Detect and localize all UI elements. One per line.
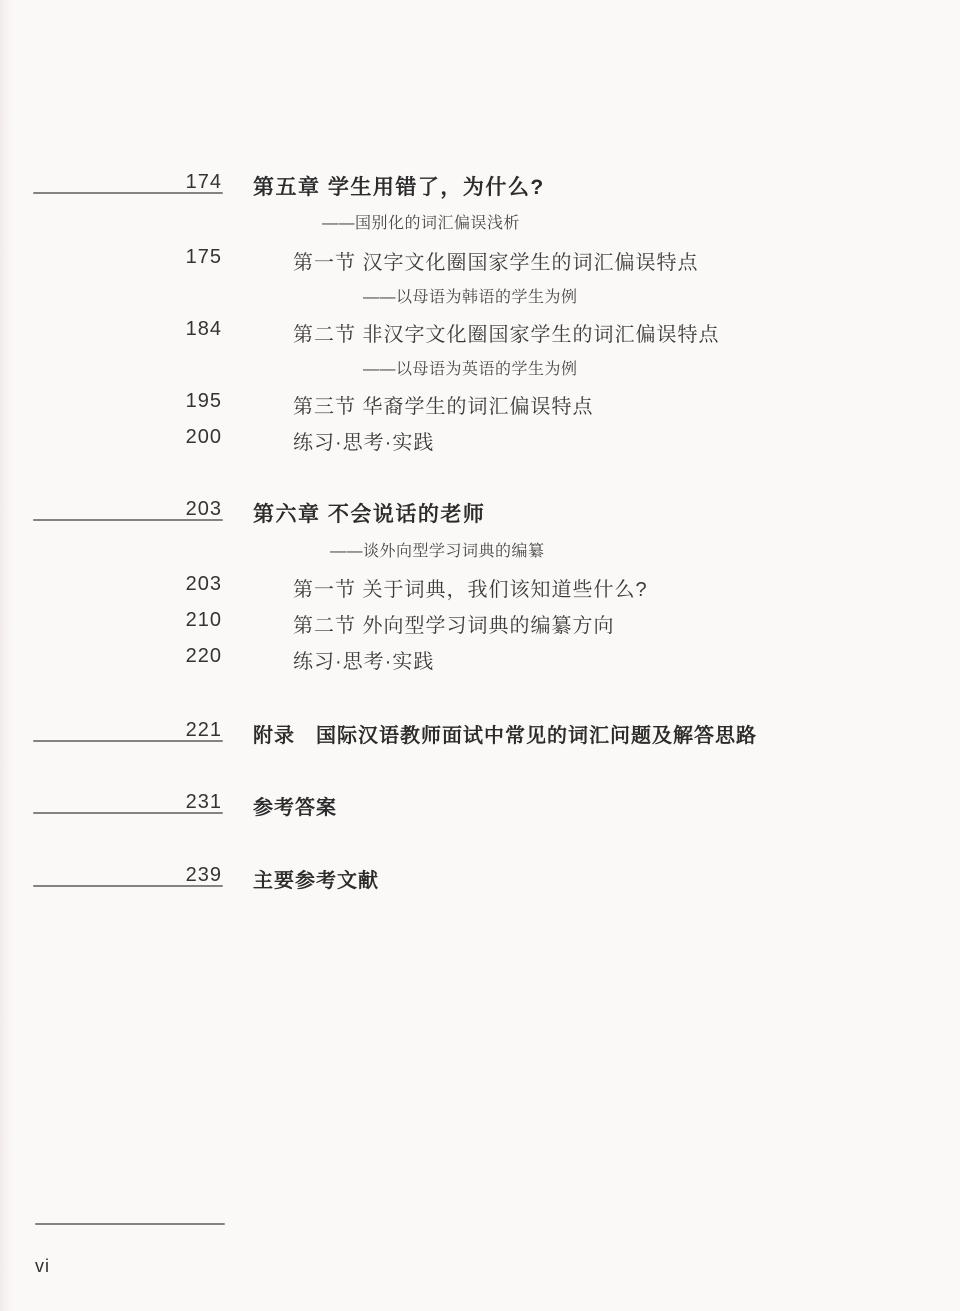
section-subtitle: ——以母语为英语的学生为例 xyxy=(363,356,578,379)
folio-page-number: vi xyxy=(35,1256,50,1277)
divider-line xyxy=(33,519,223,521)
page-number: 200 xyxy=(130,426,222,449)
page-number: 221 xyxy=(130,719,222,742)
page-number: 195 xyxy=(130,390,222,413)
divider-line xyxy=(33,192,223,194)
section-subtitle: ——以母语为韩语的学生为例 xyxy=(363,284,578,307)
section-title: 第一节 汉字文化圈国家学生的词汇偏误特点 xyxy=(293,246,699,275)
chapter-title: 第五章 学生用错了，为什么? xyxy=(253,171,545,201)
page-number: 220 xyxy=(130,645,222,668)
chapter-title: 第六章 不会说话的老师 xyxy=(253,498,485,528)
divider-line xyxy=(33,885,223,887)
appendix-title: 附录 国际汉语教师面试中常见的词汇问题及解答思路 xyxy=(253,719,757,748)
section-title: 第二节 非汉字文化圈国家学生的词汇偏误特点 xyxy=(293,318,720,347)
book-toc-page: 174 第五章 学生用错了，为什么? ——国别化的词汇偏误浅析 175 第一节 … xyxy=(0,0,960,1311)
divider-line xyxy=(33,740,223,742)
page-number: 210 xyxy=(130,609,222,632)
page-number: 203 xyxy=(130,573,222,596)
page-number: 175 xyxy=(130,246,222,269)
page-number: 174 xyxy=(130,171,222,194)
references-title: 主要参考文献 xyxy=(253,864,379,893)
divider-line xyxy=(33,812,223,814)
section-title: 第一节 关于词典，我们该知道些什么? xyxy=(293,573,648,602)
section-title: 练习·思考·实践 xyxy=(293,426,434,455)
page-number: 231 xyxy=(130,791,222,814)
page-number: 184 xyxy=(130,318,222,341)
answers-title: 参考答案 xyxy=(253,791,337,820)
page-number: 203 xyxy=(130,498,222,521)
footer-divider-line xyxy=(35,1223,225,1225)
section-title: 第三节 华裔学生的词汇偏误特点 xyxy=(293,390,594,419)
section-title: 第二节 外向型学习词典的编纂方向 xyxy=(293,609,615,638)
page-number: 239 xyxy=(130,864,222,887)
chapter-subtitle: ——国别化的词汇偏误浅析 xyxy=(322,210,520,233)
chapter-subtitle: ——谈外向型学习词典的编纂 xyxy=(330,538,545,561)
section-title: 练习·思考·实践 xyxy=(293,645,434,674)
